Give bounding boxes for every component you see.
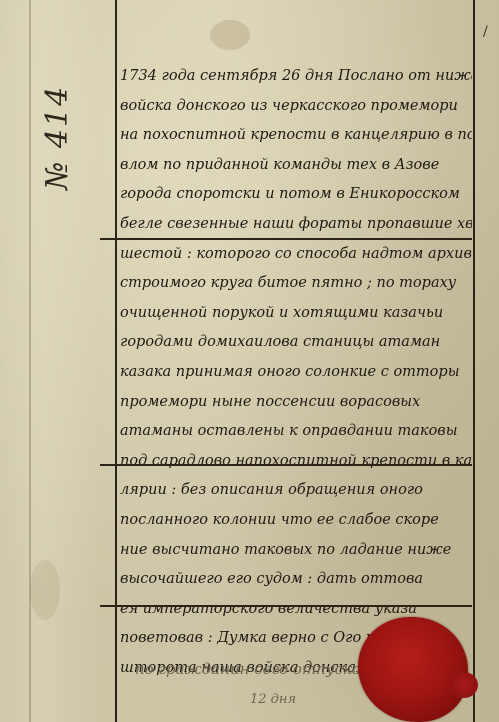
text-line: казака принимая оного солонкие с отторы — [120, 358, 472, 388]
text-line: городами домихаилова станицы атаман — [120, 328, 472, 358]
footer-annotation: по гражданин сего отпуска : — [135, 660, 371, 678]
wax-seal-drip — [450, 672, 478, 698]
corner-mark: / — [483, 24, 488, 40]
right-rule-line — [473, 0, 475, 722]
text-line: лярии : без описания обращения оного — [120, 476, 472, 506]
text-line: бегле свезенные наши фораты пропавшие хв… — [120, 210, 472, 240]
text-line: под сарадлово напохоспитной крепости в к… — [120, 447, 472, 477]
text-line: посланного колонии что ее слабое скоре — [120, 506, 472, 536]
footer-annotation-date: 12 дня — [250, 692, 296, 707]
text-line: на похоспитной крепости в канцелярию в п… — [120, 121, 472, 151]
text-line: промемори ныне поссенсии ворасовых — [120, 388, 472, 418]
text-line: влом по приданной команды тех в Азове — [120, 151, 472, 181]
text-line: шестой : которого со способа надтом архи… — [120, 240, 472, 270]
ruled-line — [100, 605, 472, 607]
paper-stain — [210, 20, 250, 50]
text-line: города споротски и потом в Еникоросском — [120, 180, 472, 210]
ruled-line — [100, 238, 472, 240]
text-line: очищенной порукой и хотящими казачьи — [120, 299, 472, 329]
text-line: 1734 года сентября 26 дня Послано от ниж… — [120, 62, 472, 92]
paper-fold-line — [29, 0, 31, 722]
manuscript-text-body: 1734 года сентября 26 дня Послано от ниж… — [120, 62, 472, 683]
text-line: ние высчитано таковых по ладание ниже — [120, 536, 472, 566]
text-line: войска донского из черкасского промемори — [120, 92, 472, 122]
text-line: атаманы оставлены к оправдании таковы — [120, 417, 472, 447]
ruled-line — [100, 464, 472, 466]
manuscript-page: / № 414 1734 года сентября 26 дня Послан… — [0, 0, 499, 722]
paper-stain — [30, 560, 60, 620]
margin-archive-number: № 414 — [40, 85, 75, 190]
red-wax-seal — [358, 617, 468, 722]
margin-rule-line — [115, 0, 117, 722]
text-line: строимого круга битое пятно ; по тораху — [120, 269, 472, 299]
text-line: высочайшего его судом : дать оттова — [120, 565, 472, 595]
